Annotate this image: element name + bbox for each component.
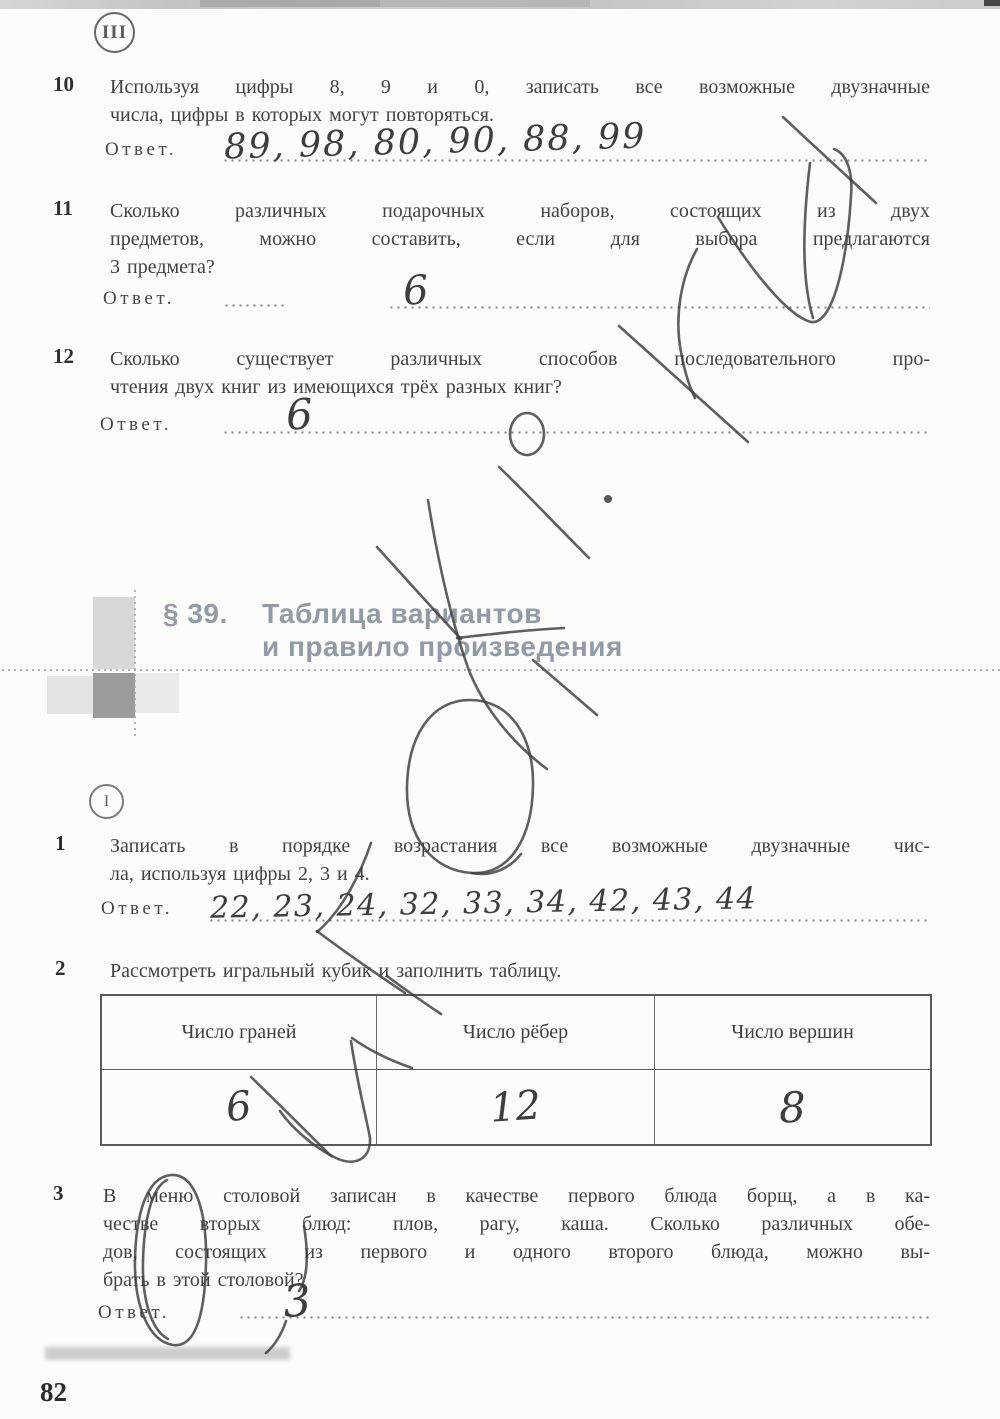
pen-oval-small [510, 413, 544, 455]
problem-12-text: Сколько существует различных способов по… [110, 345, 930, 401]
problem-1-number: 1 [55, 831, 66, 856]
handwritten-answer-11: 6 [401, 267, 430, 315]
answer-label-3: Ответ. [98, 1302, 170, 1324]
decor-block-dark [93, 673, 135, 718]
decor-crosshair-vertical [134, 588, 136, 737]
section-paragraph-number: § 39. [163, 597, 228, 630]
scan-smudge [45, 1347, 290, 1360]
level-badge-iii-label: III [102, 22, 127, 44]
level-badge-iii: III [94, 12, 135, 53]
problem-11-line: предметов, можно составить, если для выб… [110, 225, 930, 253]
cube-table: Число граней Число рёбер Число вершин 6 … [100, 994, 932, 1146]
problem-1-line: ла, используя цифры 2, 3 и 4. [110, 860, 930, 888]
answer-label-1: Ответ. [101, 898, 173, 920]
answer-label-11: Ответ. [103, 288, 175, 310]
section-title-line2: и правило произведения [262, 630, 623, 663]
handwritten-answer-3: 3 [281, 1275, 313, 1328]
problem-3-line: В меню столовой записан в качестве перво… [103, 1182, 930, 1210]
answer-line-12 [222, 431, 930, 434]
problem-11-line: Сколько различных подарочных наборов, со… [110, 197, 930, 225]
pen-stroke [499, 467, 589, 558]
answer-label-12: Ответ. [100, 414, 172, 436]
handwritten-answer-12: 6 [285, 389, 314, 439]
problem-10-number: 10 [53, 72, 74, 97]
handwritten-vertices-value: 8 [778, 1082, 806, 1132]
problem-3-text: В меню столовой записан в качестве перво… [103, 1182, 930, 1294]
problem-10-line: Используя цифры 8, 9 и 0, записать все в… [110, 73, 930, 101]
problem-11-line: 3 предмета? [110, 253, 930, 281]
problem-3-line: брать в этой столовой? [103, 1266, 930, 1294]
table-header-faces: Число граней [102, 996, 377, 1070]
problem-11-text: Сколько различных подарочных наборов, со… [110, 197, 930, 281]
problem-12-number: 12 [53, 344, 74, 369]
table-header-vertices: Число вершин [655, 996, 930, 1070]
problem-11-number: 11 [53, 196, 73, 221]
problem-2-text: Рассмотреть игральный кубик и заполнить … [110, 957, 930, 985]
problem-3-number: 3 [53, 1181, 64, 1206]
scan-corner-mark [984, 0, 1000, 6]
problem-2-line: Рассмотреть игральный кубик и заполнить … [110, 957, 930, 985]
scan-dark-chip [380, 0, 590, 7]
decor-block-lighter [47, 676, 93, 714]
answer-line-11b [388, 306, 930, 309]
scan-dark-chip [200, 0, 380, 7]
decor-block-lighter [135, 673, 179, 713]
answer-line-11a [223, 304, 287, 307]
section-divider-dotted [0, 669, 1000, 671]
problem-3-line: честве вторых блюд: плов, рагу, каша. Ск… [103, 1210, 930, 1238]
problem-12-line: чтения двух книг из имеющихся трёх разны… [110, 373, 930, 401]
page-number: 82 [40, 1377, 67, 1408]
problem-1-line: Записать в порядке возрастания все возмо… [110, 832, 930, 860]
decor-block-light [93, 597, 135, 669]
handwritten-edges-value: 12 [489, 1082, 543, 1131]
pen-dot [604, 495, 612, 503]
problem-12-line: Сколько существует различных способов по… [110, 345, 930, 373]
level-badge-i-label: I [104, 793, 109, 811]
answer-label-10: Ответ. [105, 139, 177, 161]
problem-1-text: Записать в порядке возрастания все возмо… [110, 832, 930, 888]
answer-line-3 [238, 1316, 930, 1319]
workbook-page: III 10 Используя цифры 8, 9 и 0, записат… [0, 0, 1000, 1419]
table-header-edges: Число рёбер [377, 996, 655, 1070]
problem-2-number: 2 [55, 956, 66, 981]
section-title-line1: Таблица вариантов [262, 597, 542, 630]
handwritten-faces-value: 6 [224, 1083, 254, 1131]
level-badge-i: I [89, 784, 124, 819]
problem-3-line: дов, состоящих из первого и одного второ… [103, 1238, 930, 1266]
